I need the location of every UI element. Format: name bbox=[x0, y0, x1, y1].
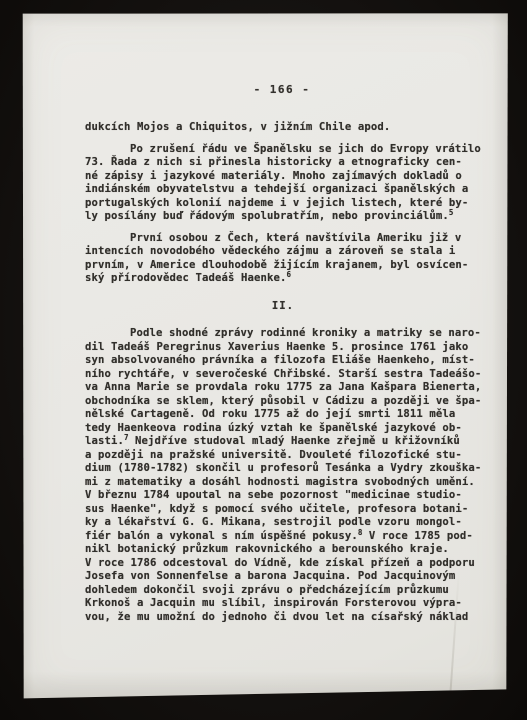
page-number: - 166 - bbox=[195, 83, 369, 96]
text-line: fiér balón a vykonal s ním úspěšné pokus… bbox=[85, 530, 481, 544]
text-line: ly posílány buď řádovým spolubratřím, ne… bbox=[85, 210, 481, 224]
text-line: sus Haenke", když s pomocí svého učitele… bbox=[85, 503, 481, 517]
text-line: 73. Řada z nich si přinesla historicky a… bbox=[85, 156, 481, 170]
text-line: dohledem dokončil svoji zprávu o předchá… bbox=[85, 584, 481, 598]
text-line: Podle shodné zprávy rodinné kroniky a ma… bbox=[85, 327, 481, 341]
text-line: dium (1780-1782) skončil u profesorů Tes… bbox=[85, 462, 481, 476]
text-line: syn absolvovaného právníka a filozofa El… bbox=[85, 354, 481, 368]
text-line: nělské Cartageně. Od roku 1775 až do jej… bbox=[85, 408, 481, 422]
footnote-marker: 7 bbox=[124, 433, 129, 442]
text-line: prvním, v Americe dlouhodobě žijícím kra… bbox=[85, 259, 481, 273]
text-line: ního rychtáře, v severočeské Chřibské. S… bbox=[85, 368, 481, 382]
text-line: vou, že mu umožní do jednoho či dvou let… bbox=[85, 611, 481, 625]
paragraph: První osobou z Čech, která navštívila Am… bbox=[85, 232, 481, 286]
scan-root: - 166 - dukcích Mojos a Chiquitos, v již… bbox=[0, 0, 527, 720]
text-line: intencích novodobého vědeckého zájmu a z… bbox=[85, 245, 481, 259]
footnote-marker: 8 bbox=[358, 528, 363, 537]
text-line: mi z matematiky a dosáhl hodnosti magist… bbox=[85, 476, 481, 490]
text-line: Krkonoš a Jacquin mu slíbil, inspirován … bbox=[85, 597, 481, 611]
text-line: né zápisy i jazykové materiály. Mnoho za… bbox=[85, 170, 481, 184]
text-line: portugalských kolonií najdeme i v jejich… bbox=[85, 197, 481, 211]
text-line: a později na pražské universitě. Dvoulet… bbox=[85, 449, 481, 463]
text-line: Josefa von Sonnenfelse a barona Jacquina… bbox=[85, 570, 481, 584]
text-line: dil Tadeáš Peregrinus Xaverius Haenke 5.… bbox=[85, 341, 481, 355]
text-line: ský přírodovědec Tadeáš Haenke.6 bbox=[85, 272, 481, 286]
text-line: nikl botanický průzkum rakovnického a be… bbox=[85, 543, 481, 557]
text-line: indiánském obyvatelstvu a tehdejší organ… bbox=[85, 183, 481, 197]
footnote-marker: 5 bbox=[449, 208, 454, 217]
paragraph: Po zrušení řádu ve Španělsku se jich do … bbox=[85, 143, 481, 224]
paragraph: Podle shodné zprávy rodinné kroniky a ma… bbox=[85, 327, 481, 624]
section-heading: II. bbox=[85, 300, 481, 314]
text-line: První osobou z Čech, která navštívila Am… bbox=[85, 232, 481, 246]
text-line: lasti.7 Nejdříve studoval mladý Haenke z… bbox=[85, 435, 481, 449]
text-block: dukcích Mojos a Chiquitos, v jižním Chil… bbox=[85, 121, 481, 624]
text-line: dukcích Mojos a Chiquitos, v jižním Chil… bbox=[85, 121, 481, 135]
paragraph: dukcích Mojos a Chiquitos, v jižním Chil… bbox=[85, 121, 481, 135]
text-line: tedy Haenkeova rodina úzký vztah ke špan… bbox=[85, 422, 481, 436]
footnote-marker: 6 bbox=[286, 270, 291, 279]
text-line: V březnu 1784 upoutal na sebe pozornost … bbox=[85, 489, 481, 503]
text-line: obchodníka se sklem, který působil v Cád… bbox=[85, 395, 481, 409]
text-line: ky a lékařství G. G. Mikana, sestrojil p… bbox=[85, 516, 481, 530]
text-line: Po zrušení řádu ve Španělsku se jich do … bbox=[85, 143, 481, 157]
text-line: V roce 1786 odcestoval do Vídně, kde zís… bbox=[85, 557, 481, 571]
text-line: va Anna Marie se provdala roku 1775 za J… bbox=[85, 381, 481, 395]
document-page: - 166 - dukcích Mojos a Chiquitos, v již… bbox=[22, 13, 509, 699]
